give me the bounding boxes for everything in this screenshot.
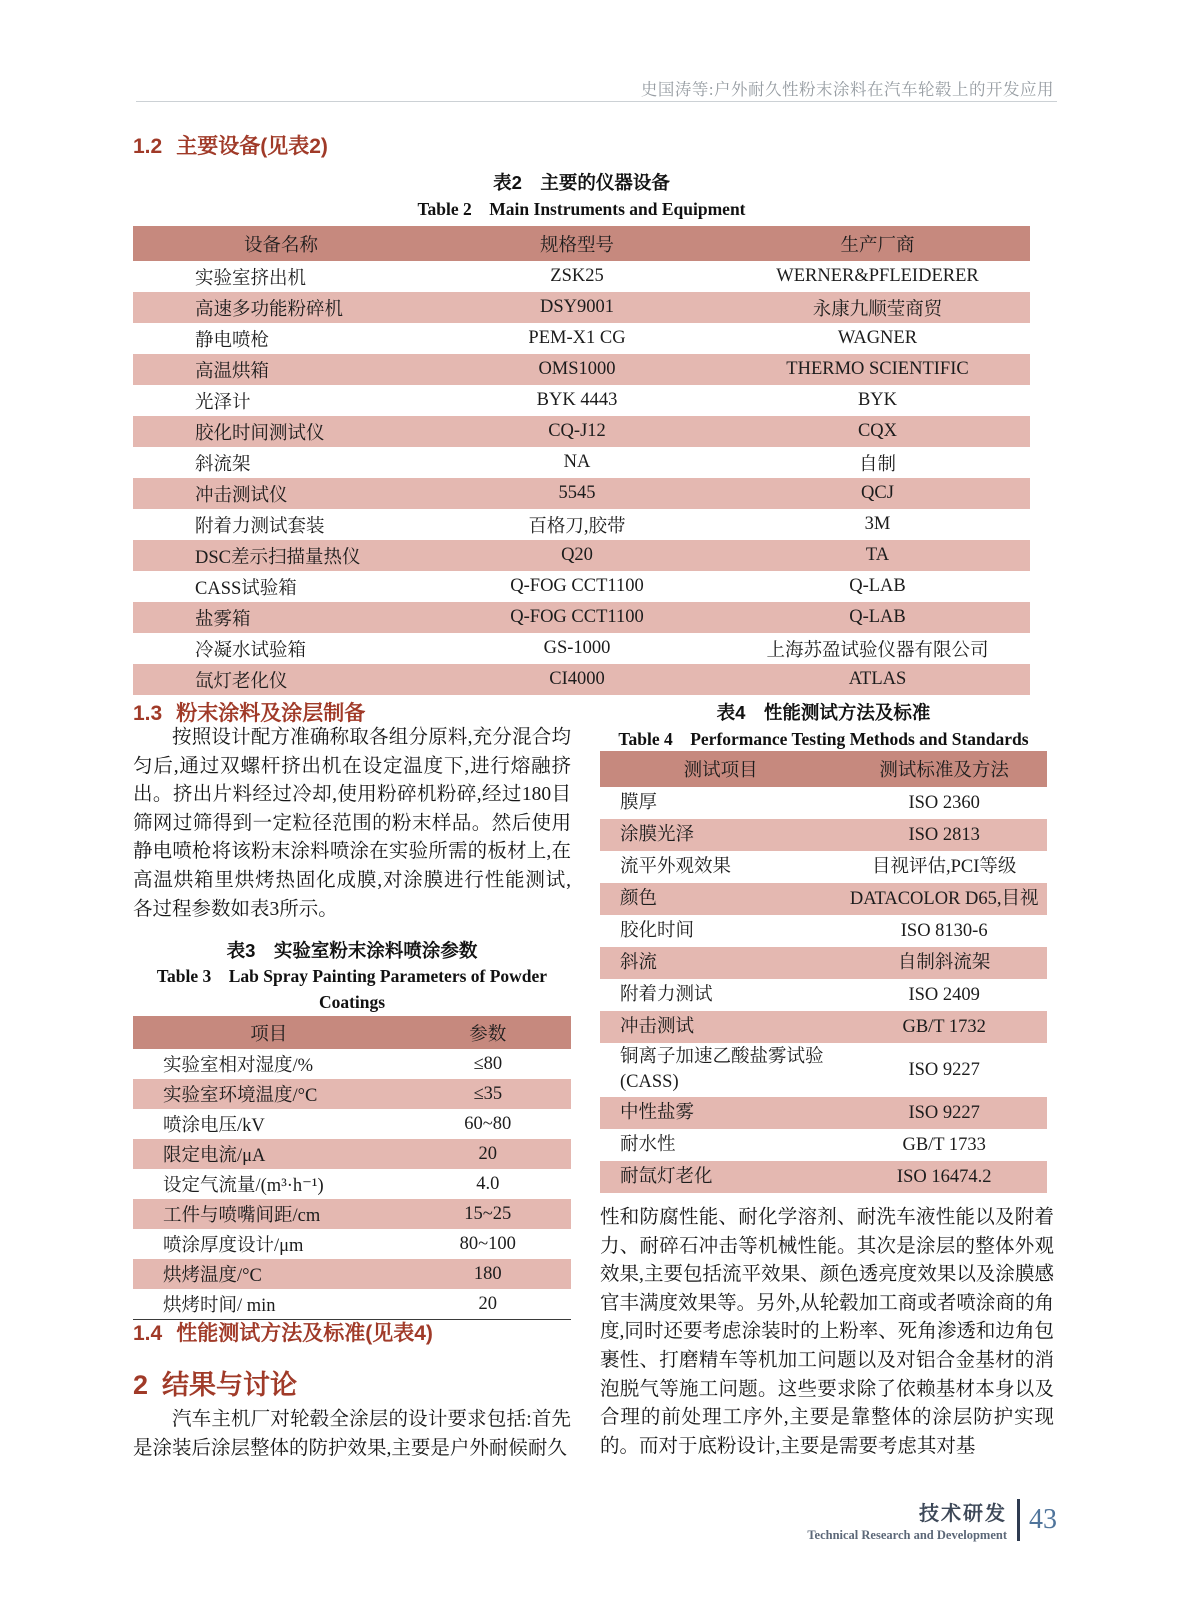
table-cell: ISO 2360	[841, 787, 1047, 819]
table-cell: 耐水性	[600, 1129, 841, 1161]
table-cell: 设定气流量/(m³·h⁻¹)	[133, 1169, 405, 1199]
table-cell: 冲击测试仪	[133, 478, 429, 509]
table-row: 盐雾箱Q-FOG CCT1100Q-LAB	[133, 602, 1030, 633]
table-header-row: 设备名称规格型号生产厂商	[133, 226, 1030, 261]
table-cell: 冷凝水试验箱	[133, 633, 429, 664]
table2-caption-en: Table 2 Main Instruments and Equipment	[133, 196, 1030, 222]
table-row: 高温烘箱OMS1000THERMO SCIENTIFIC	[133, 354, 1030, 385]
table-cell: Q-LAB	[725, 571, 1030, 602]
table-cell: CQX	[725, 416, 1030, 447]
table-row: 附着力测试ISO 2409	[600, 979, 1047, 1011]
running-header: 史国涛等:户外耐久性粉末涂料在汽车轮毂上的开发应用	[641, 76, 1054, 100]
table-cell: ISO 8130-6	[841, 915, 1047, 947]
table-cell: 高速多功能粉碎机	[133, 292, 429, 323]
section-title: 结果与讨论	[162, 1370, 297, 1400]
footer-section-cn: 技术研发	[807, 1497, 1007, 1526]
table-cell: 百格刀,胶带	[429, 509, 725, 540]
table-row: 斜流自制斜流架	[600, 947, 1047, 979]
table-cell: 上海苏盈试验仪器有限公司	[725, 633, 1030, 664]
column-header: 规格型号	[429, 226, 725, 261]
table-row: 实验室相对湿度/%≤80	[133, 1049, 571, 1079]
table-cell: 涂膜光泽	[600, 819, 841, 851]
table-cell: 中性盐雾	[600, 1097, 841, 1129]
table-row: 耐氙灯老化ISO 16474.2	[600, 1161, 1047, 1193]
table-cell: 耐氙灯老化	[600, 1161, 841, 1193]
table-cell: 20	[405, 1139, 571, 1169]
table-row: 工件与喷嘴间距/cm15~25	[133, 1199, 571, 1229]
table-cell: 铜离子加速乙酸盐雾试验 (CASS)	[600, 1043, 841, 1097]
table-cell: 实验室环境温度/°C	[133, 1079, 405, 1109]
table-cell: DATACOLOR D65,目视	[841, 883, 1047, 915]
table-row: 耐水性GB/T 1733	[600, 1129, 1047, 1161]
table-cell: 氙灯老化仪	[133, 664, 429, 695]
column-header: 生产厂商	[725, 226, 1030, 261]
table-cell: 自制斜流架	[841, 947, 1047, 979]
column-header: 测试项目	[600, 751, 841, 787]
column-header: 项目	[133, 1016, 405, 1049]
table-cell: 盐雾箱	[133, 602, 429, 633]
section-number: 1.3	[133, 702, 162, 725]
table-spray-parameters: 项目参数 实验室相对湿度/%≤80实验室环境温度/°C≤35喷涂电压/kV60~…	[133, 1016, 571, 1320]
table-cell: 5545	[429, 478, 725, 509]
table-cell: ≤80	[405, 1049, 571, 1079]
table2-caption-cn: 表2 主要的仪器设备	[133, 169, 1030, 195]
table-cell: 实验室相对湿度/%	[133, 1049, 405, 1079]
table-row: 实验室环境温度/°C≤35	[133, 1079, 571, 1109]
table-cell: 流平外观效果	[600, 851, 841, 883]
table-cell: THERMO SCIENTIFIC	[725, 354, 1030, 385]
column-header: 设备名称	[133, 226, 429, 261]
table-cell: 烘烤时间/ min	[133, 1289, 405, 1320]
table-row: 烘烤温度/°C180	[133, 1259, 571, 1289]
section-heading-2: 2结果与讨论	[133, 1363, 297, 1402]
table-cell: 60~80	[405, 1109, 571, 1139]
table-cell: 附着力测试	[600, 979, 841, 1011]
section-title: 粉末涂料及涂层制备	[176, 702, 365, 725]
table-cell: GS-1000	[429, 633, 725, 664]
table-row: 喷涂厚度设计/μm80~100	[133, 1229, 571, 1259]
table-cell: 20	[405, 1289, 571, 1320]
table-cell: QCJ	[725, 478, 1030, 509]
table-row: 喷涂电压/kV60~80	[133, 1109, 571, 1139]
table-row: 颜色DATACOLOR D65,目视	[600, 883, 1047, 915]
table-row: 光泽计BYK 4443BYK	[133, 385, 1030, 416]
section-heading-1-2: 1.2主要设备(见表2)	[133, 130, 328, 160]
table-row: 附着力测试套装百格刀,胶带3M	[133, 509, 1030, 540]
table-cell: NA	[429, 447, 725, 478]
column-header: 测试标准及方法	[841, 751, 1047, 787]
table-cell: 静电喷枪	[133, 323, 429, 354]
column-header: 参数	[405, 1016, 571, 1049]
table-row: 斜流架NA自制	[133, 447, 1030, 478]
table-testing-standards: 测试项目测试标准及方法 膜厚ISO 2360涂膜光泽ISO 2813流平外观效果…	[600, 751, 1047, 1193]
table-cell: 目视评估,PCI等级	[841, 851, 1047, 883]
table-cell: 颜色	[600, 883, 841, 915]
table-cell: 光泽计	[133, 385, 429, 416]
table-cell: Q-FOG CCT1100	[429, 571, 725, 602]
table3-caption-en: Table 3 Lab Spray Painting Parameters of…	[133, 963, 571, 1015]
table4-caption-cn: 表4 性能测试方法及标准	[600, 699, 1047, 725]
section-number: 1.4	[133, 1322, 162, 1345]
table-cell: 180	[405, 1259, 571, 1289]
table-row: 流平外观效果目视评估,PCI等级	[600, 851, 1047, 883]
table-row: 胶化时间ISO 8130-6	[600, 915, 1047, 947]
table-cell: Q-FOG CCT1100	[429, 602, 725, 633]
table-cell: ISO 2813	[841, 819, 1047, 851]
table-cell: DSC差示扫描量热仪	[133, 540, 429, 571]
paragraph-results-intro: 汽车主机厂对轮毂全涂层的设计要求包括:首先是涂装后涂层整体的防护效果,主要是户外…	[133, 1406, 571, 1463]
table-row: 烘烤时间/ min20	[133, 1289, 571, 1320]
table-cell: CASS试验箱	[133, 571, 429, 602]
table-cell: CQ-J12	[429, 416, 725, 447]
table-row: 设定气流量/(m³·h⁻¹)4.0	[133, 1169, 571, 1199]
table-cell: GB/T 1733	[841, 1129, 1047, 1161]
page-number: 43	[1029, 1504, 1057, 1536]
table-cell: WERNER&PFLEIDERER	[725, 261, 1030, 292]
table-cell: 15~25	[405, 1199, 571, 1229]
table-row: 冲击测试仪5545QCJ	[133, 478, 1030, 509]
table-cell: 自制	[725, 447, 1030, 478]
table-row: 涂膜光泽ISO 2813	[600, 819, 1047, 851]
table-cell: 附着力测试套装	[133, 509, 429, 540]
table-cell: TA	[725, 540, 1030, 571]
table-cell: ISO 9227	[841, 1097, 1047, 1129]
table-cell: ISO 9227	[841, 1043, 1047, 1097]
table-cell: 膜厚	[600, 787, 841, 819]
table-cell: 喷涂厚度设计/μm	[133, 1229, 405, 1259]
table-cell: 胶化时间测试仪	[133, 416, 429, 447]
table-cell: CI4000	[429, 664, 725, 695]
table-row: 膜厚ISO 2360	[600, 787, 1047, 819]
table-cell: ISO 2409	[841, 979, 1047, 1011]
table-cell: ATLAS	[725, 664, 1030, 695]
section-heading-1-3: 1.3粉末涂料及涂层制备	[133, 697, 365, 727]
table-header-row: 测试项目测试标准及方法	[600, 751, 1047, 787]
section-heading-1-4: 1.4性能测试方法及标准(见表4)	[133, 1317, 433, 1347]
table-cell: 烘烤温度/°C	[133, 1259, 405, 1289]
table-row: DSC差示扫描量热仪Q20TA	[133, 540, 1030, 571]
table-cell: 80~100	[405, 1229, 571, 1259]
table-cell: ZSK25	[429, 261, 725, 292]
table-cell: BYK 4443	[429, 385, 725, 416]
header-divider	[136, 101, 1057, 102]
table-cell: ≤35	[405, 1079, 571, 1109]
section-title: 主要设备(见表2)	[176, 135, 328, 158]
table-cell: 3M	[725, 509, 1030, 540]
table-cell: 限定电流/μA	[133, 1139, 405, 1169]
table-cell: 永康九顺莹商贸	[725, 292, 1030, 323]
table-cell: 斜流架	[133, 447, 429, 478]
table-cell: Q-LAB	[725, 602, 1030, 633]
table-cell: 实验室挤出机	[133, 261, 429, 292]
table-row: 铜离子加速乙酸盐雾试验 (CASS)ISO 9227	[600, 1043, 1047, 1097]
table-main-equipment: 设备名称规格型号生产厂商 实验室挤出机ZSK25WERNER&PFLEIDERE…	[133, 226, 1030, 695]
table-cell: 喷涂电压/kV	[133, 1109, 405, 1139]
table-row: 冷凝水试验箱GS-1000上海苏盈试验仪器有限公司	[133, 633, 1030, 664]
table-row: 中性盐雾ISO 9227	[600, 1097, 1047, 1129]
table-row: 胶化时间测试仪CQ-J12CQX	[133, 416, 1030, 447]
table-header-row: 项目参数	[133, 1016, 571, 1049]
table-row: CASS试验箱Q-FOG CCT1100Q-LAB	[133, 571, 1030, 602]
paragraph-preparation: 按照设计配方准确称取各组分原料,充分混合均匀后,通过双螺杆挤出机在设定温度下,进…	[133, 724, 571, 924]
table-cell: 高温烘箱	[133, 354, 429, 385]
table-cell: DSY9001	[429, 292, 725, 323]
table-row: 限定电流/μA20	[133, 1139, 571, 1169]
section-title: 性能测试方法及标准(见表4)	[176, 1322, 433, 1345]
table3-caption-cn: 表3 实验室粉末涂料喷涂参数	[133, 937, 571, 963]
table-cell: ISO 16474.2	[841, 1161, 1047, 1193]
table-row: 冲击测试GB/T 1732	[600, 1011, 1047, 1043]
footer-section: 技术研发 Technical Research and Development	[807, 1497, 1007, 1543]
section-number: 2	[133, 1370, 148, 1400]
table-cell: BYK	[725, 385, 1030, 416]
table-row: 氙灯老化仪CI4000ATLAS	[133, 664, 1030, 695]
table-cell: 4.0	[405, 1169, 571, 1199]
table-row: 静电喷枪PEM-X1 CGWAGNER	[133, 323, 1030, 354]
table-cell: PEM-X1 CG	[429, 323, 725, 354]
table-cell: 冲击测试	[600, 1011, 841, 1043]
section-number: 1.2	[133, 135, 162, 158]
table-cell: 工件与喷嘴间距/cm	[133, 1199, 405, 1229]
table-cell: 斜流	[600, 947, 841, 979]
table-cell: 胶化时间	[600, 915, 841, 947]
paragraph-right-column: 性和防腐性能、耐化学溶剂、耐洗车液性能以及附着力、耐碎石冲击等机械性能。其次是涂…	[600, 1204, 1054, 1461]
table4-caption-en: Table 4 Performance Testing Methods and …	[600, 726, 1047, 752]
page-footer: 技术研发 Technical Research and Development …	[807, 1497, 1057, 1543]
paper-page: 史国涛等:户外耐久性粉末涂料在汽车轮毂上的开发应用 1.2主要设备(见表2) 表…	[0, 0, 1187, 1600]
table-row: 实验室挤出机ZSK25WERNER&PFLEIDERER	[133, 261, 1030, 292]
table-cell: GB/T 1732	[841, 1011, 1047, 1043]
table-cell: WAGNER	[725, 323, 1030, 354]
table-row: 高速多功能粉碎机DSY9001永康九顺莹商贸	[133, 292, 1030, 323]
table-cell: Q20	[429, 540, 725, 571]
table-cell: OMS1000	[429, 354, 725, 385]
footer-divider-bar	[1017, 1499, 1020, 1541]
footer-section-en: Technical Research and Development	[807, 1528, 1007, 1543]
